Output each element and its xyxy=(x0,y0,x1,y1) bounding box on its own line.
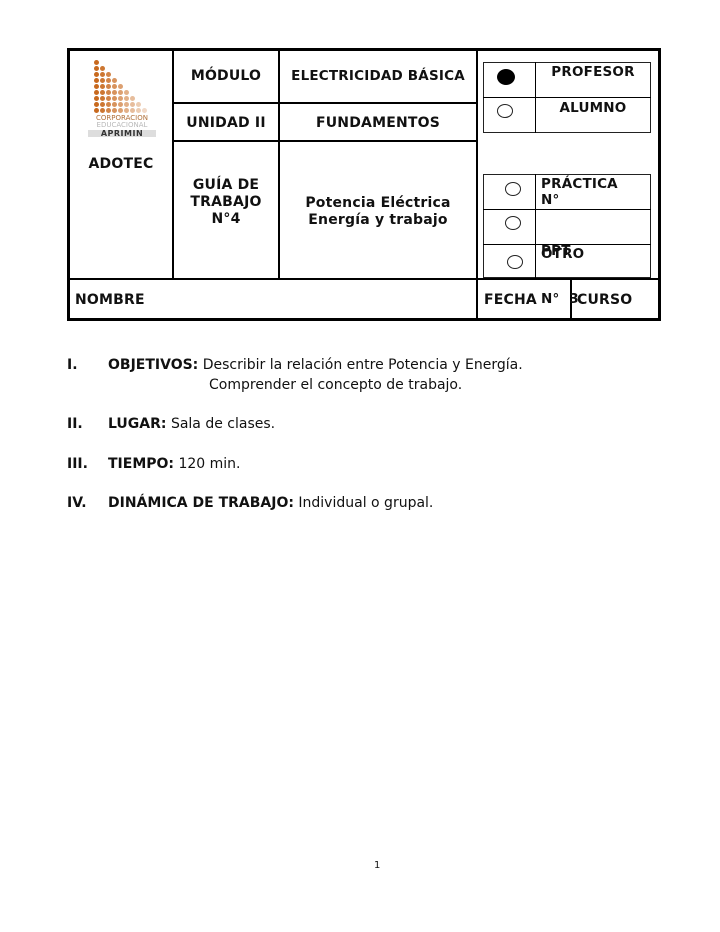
modulo-label: MÓDULO xyxy=(174,68,278,85)
guia-label-line2: TRABAJO xyxy=(174,194,278,211)
unidad-value: FUNDAMENTOS xyxy=(280,115,476,132)
practica-line2: N° xyxy=(541,192,651,208)
guia-label: GUÍA DE TRABAJO N°4 xyxy=(174,177,278,228)
logo-text-3: APRIMIN xyxy=(88,130,156,137)
section-text: Individual o grupal. xyxy=(298,495,433,511)
role-label-alumno: ALUMNO xyxy=(536,100,650,117)
radio-otro[interactable] xyxy=(507,255,523,269)
aprimin-logo: CORPORACION EDUCACIONAL APRIMIN xyxy=(88,58,156,144)
section-numeral: I. xyxy=(67,356,78,374)
section-numeral: II. xyxy=(67,415,83,433)
modulo-value: ELECTRICIDAD BÁSICA xyxy=(280,68,476,85)
guia-label-line3: N°4 xyxy=(174,211,278,228)
row-divider-1 xyxy=(172,102,478,104)
table-border-right xyxy=(658,48,661,321)
guia-label-line1: GUÍA DE xyxy=(174,177,278,194)
topic-line1: Potencia Eléctrica xyxy=(280,195,476,212)
section-numeral: IV. xyxy=(67,494,87,512)
radio-practica[interactable] xyxy=(505,182,521,196)
col-divider-3 xyxy=(476,48,478,321)
type-label-ppt: PPT N° 3 xyxy=(541,211,651,339)
section-label: TIEMPO: xyxy=(108,456,174,472)
logo-text-2: EDUCACIONAL xyxy=(88,122,156,129)
fecha-label: FECHA xyxy=(484,292,564,309)
curso-label: CURSO xyxy=(577,292,657,309)
topic-line2: Energía y trabajo xyxy=(280,212,476,229)
page-number: 1 xyxy=(374,860,380,871)
topic-title: Potencia Eléctrica Energía y trabajo xyxy=(280,195,476,229)
section-dinamica: DINÁMICA DE TRABAJO: Individual o grupal… xyxy=(108,494,433,512)
radio-ppt[interactable] xyxy=(505,216,521,230)
section-numeral: III. xyxy=(67,455,88,473)
section-text: Sala de clases. xyxy=(171,416,275,432)
nombre-field[interactable] xyxy=(180,282,474,316)
section-label: DINÁMICA DE TRABAJO: xyxy=(108,495,294,511)
section-text: Describir la relación entre Potencia y E… xyxy=(203,357,523,373)
table-border-left xyxy=(67,48,70,321)
institution-name: ADOTEC xyxy=(70,156,172,173)
section-objetivos: OBJETIVOS: Describir la relación entre P… xyxy=(108,356,523,374)
table-border-top xyxy=(67,48,661,51)
section-label: LUGAR: xyxy=(108,416,167,432)
section-tiempo: TIEMPO: 120 min. xyxy=(108,455,241,473)
radio-profesor[interactable] xyxy=(497,69,515,85)
type-label-practica: PRÁCTICA N° xyxy=(541,176,651,208)
unidad-label: UNIDAD II xyxy=(174,115,278,132)
section-text: 120 min. xyxy=(178,456,240,472)
row-divider-2 xyxy=(172,140,478,142)
radio-alumno[interactable] xyxy=(497,104,513,118)
section-objetivos-line2: Comprender el concepto de trabajo. xyxy=(209,376,462,394)
practica-line1: PRÁCTICA xyxy=(541,176,651,192)
section-label: OBJETIVOS: xyxy=(108,357,198,373)
role-label-profesor: PROFESOR xyxy=(536,64,650,81)
section-lugar: LUGAR: Sala de clases. xyxy=(108,415,275,433)
type-label-otro: OTRO xyxy=(541,246,651,262)
